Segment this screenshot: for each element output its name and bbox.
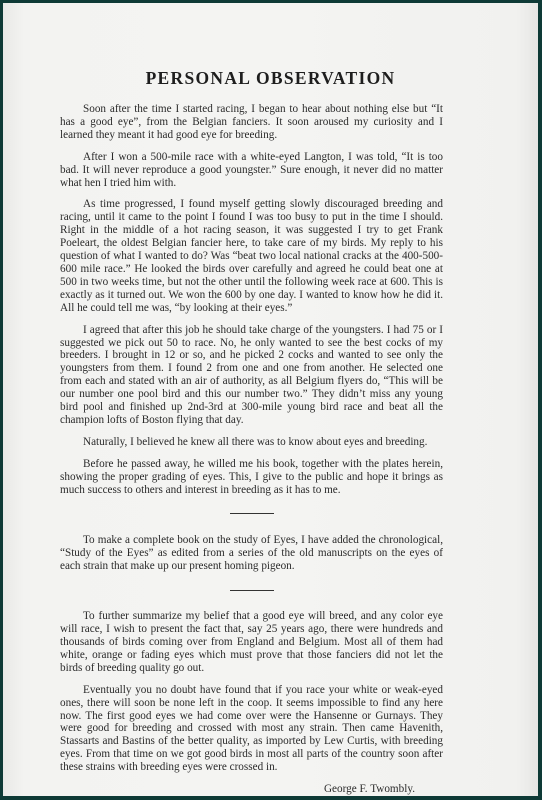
scanned-page: PERSONAL OBSERVATION Soon after the time… (3, 3, 538, 796)
page-title: PERSONAL OBSERVATION (3, 68, 538, 89)
paragraph: Naturally, I believed he knew all there … (60, 436, 443, 449)
paragraph: As time progressed, I found myself getti… (60, 198, 443, 314)
paragraph: To make a complete book on the study of … (60, 534, 443, 573)
paragraph: I agreed that after this job he should t… (60, 324, 443, 427)
paragraph: Eventually you no doubt have found that … (60, 684, 443, 774)
paragraph: After I won a 500-mile race with a white… (60, 151, 443, 190)
section-divider (230, 590, 274, 591)
author-signature: George F. Twombly. (60, 783, 443, 796)
paragraph: Before he passed away, he willed me his … (60, 458, 443, 497)
paragraph: Soon after the time I started racing, I … (60, 103, 443, 142)
section-divider (230, 513, 274, 514)
paragraph: To further summarize my belief that a go… (60, 610, 443, 675)
article-body: Soon after the time I started racing, I … (60, 103, 443, 800)
